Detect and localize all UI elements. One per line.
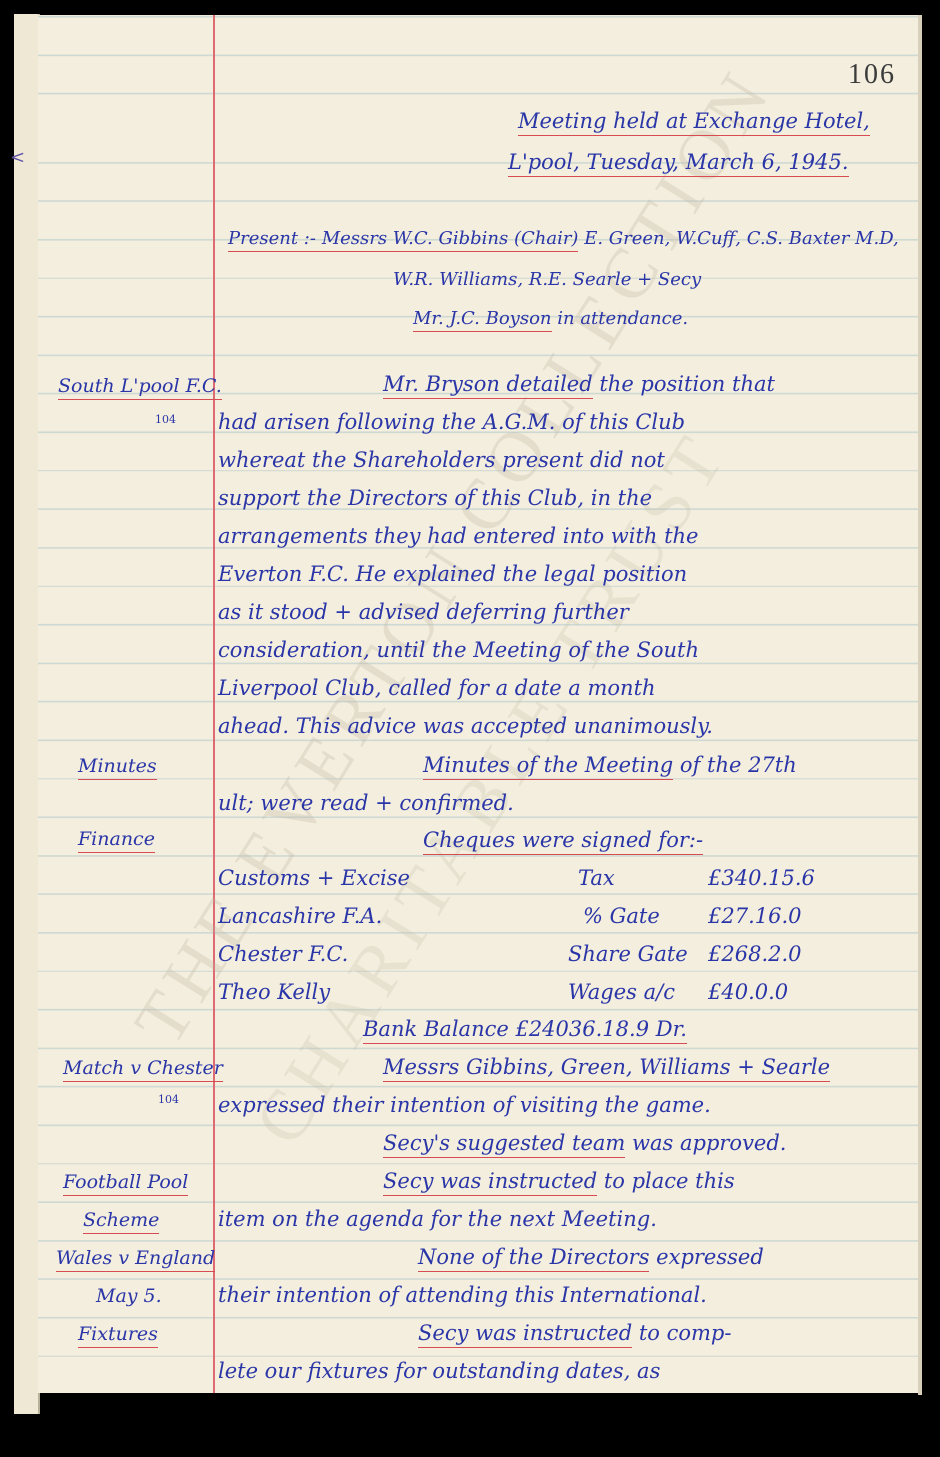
cheque-payee: Lancashire F.A. [218,904,382,928]
margin-heading-south-lpool: South L'pool F.C. [58,375,222,400]
margin-ref: 104 [155,413,176,426]
minute-line: lete our fixtures for outstanding dates,… [218,1359,660,1383]
minute-lead: None of the Directors [418,1245,649,1272]
minute-line: had arisen following the A.G.M. of this … [218,410,685,434]
minute-lead: Secy's suggested team [383,1131,625,1158]
page-number: 106 [848,59,896,91]
margin-heading-wales-england: Wales v England [56,1247,215,1272]
cheque-amount: £27.16.0 [708,904,802,928]
cheque-purpose: Tax [578,866,615,890]
cheque-purpose: Share Gate [568,942,688,966]
ledger-page: THE EVERTON COLLECTION CHARITABLE TRUST … [38,15,918,1393]
cheque-amount: £268.2.0 [708,942,802,966]
present-line3: Mr. J.C. Boyson in attendance. [413,308,688,329]
minute-text: to place this [604,1169,735,1193]
right-page-edge [918,15,922,1395]
cheque-purpose: Wages a/c [568,980,675,1004]
left-page-edge [14,14,40,1414]
present-chair: Messrs W.C. Gibbins (Chair) [322,228,579,249]
cheque-amount: £340.15.6 [708,866,815,890]
minute-line: their intention of attending this Intern… [218,1283,707,1307]
attendee: Mr. J.C. Boyson [413,308,552,332]
margin-heading-fixtures: Fixtures [78,1323,158,1348]
minute-lead: Minutes of the Meeting [423,753,673,780]
minute-line: ult; were read + confirmed. [218,791,514,815]
minute-line: support the Directors of this Club, in t… [218,486,652,510]
cheque-payee: Theo Kelly [218,980,330,1004]
cheque-payee: Customs + Excise [218,866,410,890]
minute-text: of the 27th [680,753,797,777]
bank-balance: Bank Balance £24036.18.9 Dr. [363,1017,687,1044]
minute-line: Everton F.C. He explained the legal posi… [218,562,687,586]
attendance-text: in attendance. [557,308,688,329]
cheque-payee: Chester F.C. [218,942,348,966]
minute-line: arrangements they had entered into with … [218,524,699,548]
minute-text: to comp- [639,1321,732,1345]
minute-line: consideration, until the Meeting of the … [218,638,699,662]
margin-heading-match-chester: Match v Chester [63,1057,223,1082]
minute-line: whereat the Shareholders present did not [218,448,665,472]
minute-text: expressed [656,1245,764,1269]
meeting-heading-line2: L'pool, Tuesday, March 6, 1945. [508,150,849,177]
margin-heading-football-pool: Football Pool [63,1171,188,1196]
minute-line: item on the agenda for the next Meeting. [218,1207,657,1231]
minute-lead: Messrs Gibbins, Green, Williams + Searle [383,1055,830,1082]
minute-text: the position that [599,372,775,396]
margin-ref: 104 [158,1093,179,1106]
minute-lead: Secy was instructed [418,1321,632,1348]
minute-text: was approved. [632,1131,786,1155]
cheque-purpose: % Gate [583,904,660,928]
minute-line: expressed their intention of visiting th… [218,1093,711,1117]
minute-lead: Mr. Bryson detailed [383,372,593,399]
margin-heading-scheme: Scheme [83,1209,159,1234]
minute-line: Liverpool Club, called for a date a mont… [218,676,656,700]
stray-mark: < [10,147,25,168]
margin-heading-finance: Finance [78,828,155,853]
minute-line: ahead. This advice was accepted unanimou… [218,714,713,738]
margin-heading-minutes: Minutes [78,755,157,780]
cheque-amount: £40.0.0 [708,980,788,1004]
margin-rule [213,15,215,1393]
margin-date: May 5. [96,1285,162,1307]
minute-lead: Secy was instructed [383,1169,597,1196]
present-line2: W.R. Williams, R.E. Searle + Secy [393,269,701,290]
cheques-heading: Cheques were signed for:- [423,828,703,855]
meeting-heading-line1: Meeting held at Exchange Hotel, [518,109,870,136]
present-members: E. Green, W.Cuff, C.S. Baxter M.D, [584,228,899,249]
present-line1: Present :- Messrs W.C. Gibbins (Chair) E… [228,228,899,249]
minute-line: as it stood + advised deferring further [218,600,629,624]
present-label: Present :- [228,228,316,249]
